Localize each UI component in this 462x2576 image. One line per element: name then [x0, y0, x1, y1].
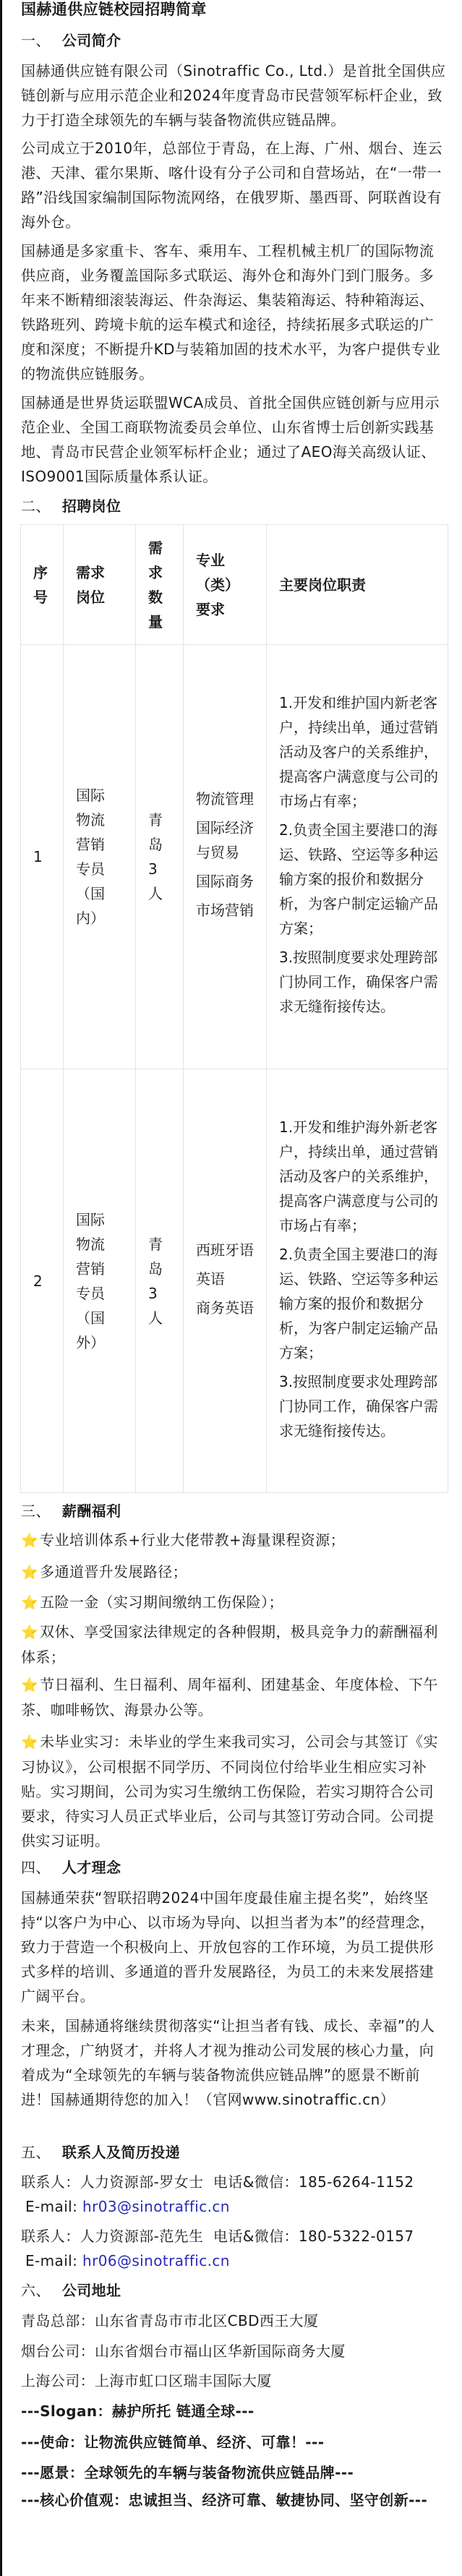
duty-item: 3.按照制度要求处理跨部门协同工作，确保客户需求无缝衔接传达。 — [279, 945, 448, 1019]
section-heading-intro: 一、公司简介 — [21, 30, 448, 51]
jobs-table: 序号 需求岗位 需求数量 专业（类）要求 主要岗位职责 1 国际物流营销专员（国… — [20, 524, 448, 1493]
cell-count: 青岛 3人 — [136, 645, 184, 1069]
intro-paragraph-2: 公司成立于2010年，总部位于青岛，在上海、广州、烟台、连云港、天津、霍尔果斯、… — [21, 136, 448, 234]
benefit-item: ⭐多通道晋升发展路径； — [21, 1559, 448, 1585]
section-heading-jobs: 二、招聘岗位 — [21, 495, 448, 517]
address-line: 烟台公司：山东省烟台市福山区华新国际商务大厦 — [21, 2339, 448, 2363]
section-title: 招聘岗位 — [62, 497, 121, 515]
duty-item: 1.开发和维护海外新老客户，持续出单，通过营销活动及客户的关系维护，提高客户满意… — [279, 1115, 448, 1238]
intro-paragraph-1: 国赫通供应链有限公司（Sinotraffic Co., Ltd.）是首批全国供应… — [21, 59, 448, 132]
mission: ---使命：让物流供应链简单、经济、可靠！--- — [21, 2430, 448, 2455]
major-item: 国际商务 — [196, 869, 260, 894]
section-number: 四、 — [21, 1859, 51, 1876]
address-line: 青岛总部：山东省青岛市市北区CBD西王大厦 — [21, 2308, 448, 2333]
section-number: 一、 — [21, 32, 51, 49]
contact-line: 联系人：人力资源部-罗女士 电话&微信：185-6264-1152 — [21, 2170, 448, 2194]
contact-2: 联系人：人力资源部-范先生 电话&微信：180-5322-0157 E-mail… — [21, 2224, 448, 2273]
section-number: 五、 — [21, 2144, 51, 2161]
talent-paragraph-1: 国赫通荣获“智联招聘2024中国年度最佳雇主提名奖”，始终坚持“以客户为中心、以… — [21, 1886, 448, 2008]
address-line: 上海公司：上海市虹口区瑞丰国际大厦 — [21, 2369, 448, 2393]
benefit-item: ⭐双休、享受国家法律规定的各种假期，极具竞争力的薪酬福利体系； — [21, 1619, 448, 1669]
section-title: 联系人及简历投递 — [62, 2144, 180, 2161]
col-header-majors: 专业（类）要求 — [184, 525, 267, 645]
section-title: 公司简介 — [62, 32, 121, 49]
cell-duties: 1.开发和维护国内新老客户，持续出单，通过营销活动及客户的关系维护，提高客户满意… — [267, 645, 448, 1069]
benefit-item: ⭐节日福利、生日福利、周年福利、团建基金、年度体检、下午茶、咖啡畅饮、海景办公等… — [21, 1672, 448, 1722]
duty-item: 2.负责全国主要港口的海运、铁路、空运等多种运输方案的报价和数据分析，为客户制定… — [279, 818, 448, 941]
email-line: E-mail: hr06@sinotraffic.cn — [21, 2248, 448, 2273]
col-header-duties: 主要岗位职责 — [267, 525, 448, 645]
section-heading-benefits: 三、薪酬福利 — [21, 1500, 448, 1522]
table-header-row: 序号 需求岗位 需求数量 专业（类）要求 主要岗位职责 — [21, 525, 448, 645]
major-item: 西班牙语 — [196, 1238, 260, 1262]
intro-paragraph-3: 国赫通是多家重卡、客车、乘用车、工程机械主机厂的国际物流供应商，业务覆盖国际多式… — [21, 239, 448, 386]
benefit-item: ⭐五险一金（实习期间缴纳工伤保险）； — [21, 1590, 448, 1615]
section-heading-contact: 五、联系人及简历投递 — [21, 2141, 448, 2163]
col-header-count: 需求数量 — [136, 525, 184, 645]
intro-paragraph-4: 国赫通是世界货运联盟WCA成员、首批全国供应链创新与应用示范企业、全国工商联物流… — [21, 390, 448, 489]
contact-1: 联系人：人力资源部-罗女士 电话&微信：185-6264-1152 E-mail… — [21, 2170, 448, 2219]
cell-index: 2 — [21, 1069, 64, 1493]
star-icon: ⭐ — [21, 1595, 38, 1611]
major-item: 物流管理 — [196, 787, 260, 811]
major-item: 商务英语 — [196, 1296, 260, 1320]
section-heading-address: 六、公司地址 — [21, 2280, 448, 2301]
vision: ---愿景：全球领先的车辆与装备物流供应链品牌--- — [21, 2460, 448, 2485]
major-item: 英语 — [196, 1267, 260, 1291]
email-line: E-mail: hr03@sinotraffic.cn — [21, 2194, 448, 2219]
cell-duties: 1.开发和维护海外新老客户，持续出单，通过营销活动及客户的关系维护，提高客户满意… — [267, 1069, 448, 1493]
table-row: 2 国际物流营销专员（国外） 青岛 3人 西班牙语 英语 商务英语 1.开发和维… — [21, 1069, 448, 1493]
major-item: 国际经济与贸易 — [196, 816, 260, 865]
talent-paragraph-2: 未来，国赫通将继续贯彻落实“让担当者有钱、成长、幸福”的人才理念，广纳贤才，并将… — [21, 2014, 448, 2112]
core-values: ---核心价值观：忠诚担当、经济可靠、敏捷协同、坚守创新--- — [21, 2488, 448, 2512]
star-icon: ⭐ — [21, 1625, 38, 1640]
col-header-index: 序号 — [21, 525, 64, 645]
email-link[interactable]: hr06@sinotraffic.cn — [82, 2252, 230, 2269]
star-icon: ⭐ — [21, 1533, 38, 1549]
major-item: 市场营销 — [196, 898, 260, 923]
section-title: 薪酬福利 — [62, 1502, 121, 1520]
section-number: 二、 — [21, 497, 51, 515]
benefit-item: ⭐未毕业实习：未毕业的学生来我司实习，公司会与其签订《实习协议》，公司根据不同学… — [21, 1729, 448, 1853]
section-number: 三、 — [21, 1502, 51, 1520]
section-title: 人才理念 — [62, 1859, 121, 1876]
slogan: ---Slogan：赫护所托 链通全球--- — [21, 2399, 448, 2423]
contact-line: 联系人：人力资源部-范先生 电话&微信：180-5322-0157 — [21, 2224, 448, 2248]
cell-index: 1 — [21, 645, 64, 1069]
cell-position: 国际物流营销专员（国外） — [64, 1069, 136, 1493]
cell-position: 国际物流营销专员（国内） — [64, 645, 136, 1069]
cell-majors: 西班牙语 英语 商务英语 — [184, 1069, 267, 1493]
section-number: 六、 — [21, 2282, 51, 2299]
table-row: 1 国际物流营销专员（国内） 青岛 3人 物流管理 国际经济与贸易 国际商务 市… — [21, 645, 448, 1069]
benefit-item: ⭐专业培训体系+行业大佬带教+海量课程资源； — [21, 1528, 448, 1553]
star-icon: ⭐ — [21, 1734, 38, 1750]
cell-count: 青岛 3人 — [136, 1069, 184, 1493]
duty-item: 1.开发和维护国内新老客户，持续出单，通过营销活动及客户的关系维护，提高客户满意… — [279, 690, 448, 813]
email-link[interactable]: hr03@sinotraffic.cn — [82, 2198, 230, 2215]
duty-item: 2.负责全国主要港口的海运、铁路、空运等多种运输方案的报价和数据分析，为客户制定… — [279, 1242, 448, 1365]
left-edge-bar — [0, 0, 2, 2576]
cell-majors: 物流管理 国际经济与贸易 国际商务 市场营销 — [184, 645, 267, 1069]
section-title: 公司地址 — [62, 2282, 121, 2299]
star-icon: ⭐ — [21, 1565, 38, 1580]
page-title: 国赫通供应链校园招聘简章 — [21, 0, 448, 19]
section-heading-talent: 四、人才理念 — [21, 1857, 448, 1878]
duty-item: 3.按照制度要求处理跨部门协同工作，确保客户需求无缝衔接传达。 — [279, 1369, 448, 1443]
col-header-position: 需求岗位 — [64, 525, 136, 645]
star-icon: ⭐ — [21, 1677, 38, 1693]
